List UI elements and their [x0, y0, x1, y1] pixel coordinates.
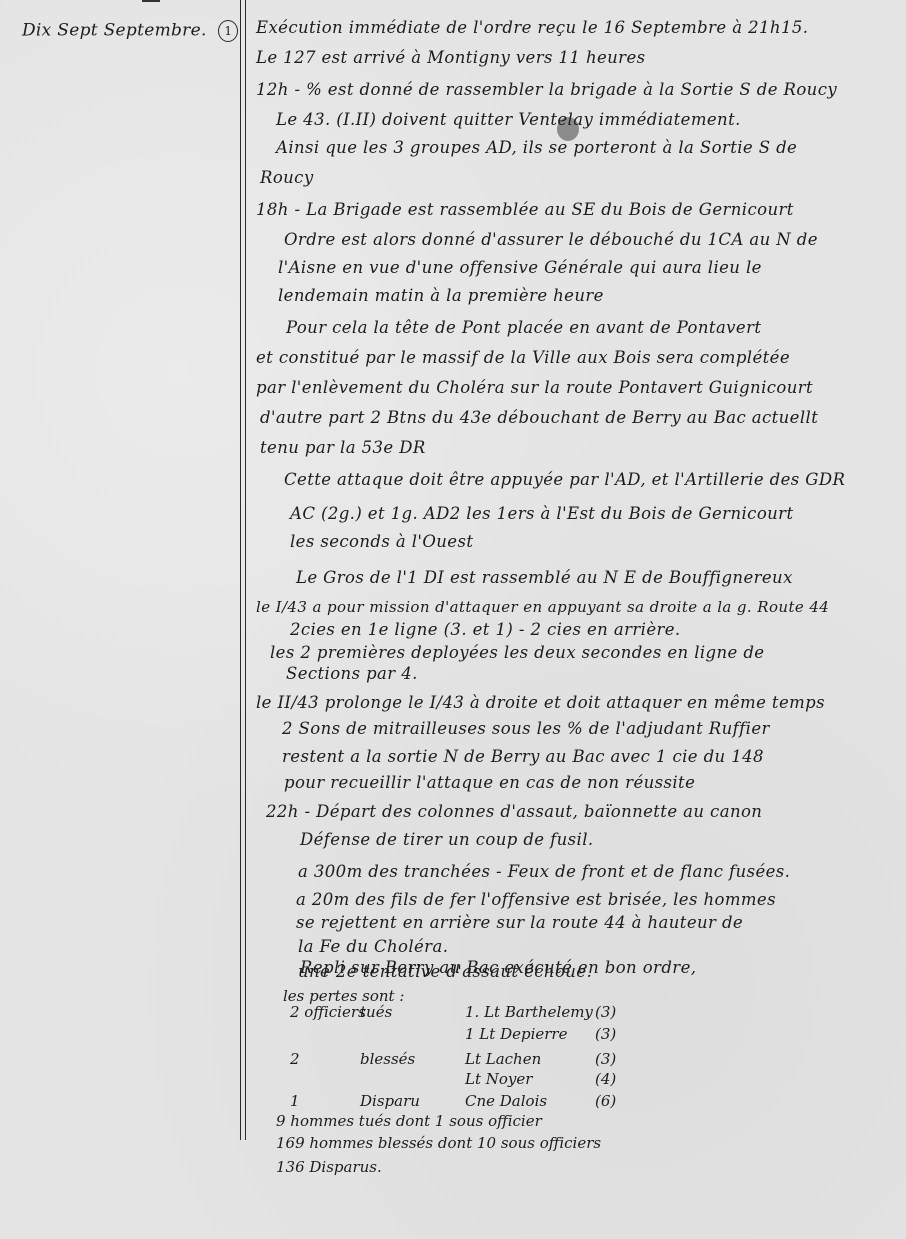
losses-status: Disparu [360, 1092, 420, 1110]
men-loss-line: 9 hommes tués dont 1 sous officier [276, 1112, 542, 1130]
diary-line: a 20m des fils de fer l'offensive est br… [296, 890, 776, 909]
losses-names: Lt Lachen [465, 1050, 541, 1068]
diary-line: 22h - Départ des colonnes d'assaut, baïo… [266, 802, 762, 821]
losses-names: 1. Lt Barthelemy [465, 1003, 593, 1021]
diary-line: Roucy [260, 168, 314, 187]
diary-line: 12h - % est donné de rassembler la briga… [256, 80, 837, 99]
diary-line: par l'enlèvement du Choléra sur la route… [256, 378, 813, 397]
diary-line: AC (2g.) et 1g. AD2 les 1ers à l'Est du … [290, 504, 794, 523]
diary-line: 18h - La Brigade est rassemblée au SE du… [256, 200, 794, 219]
diary-line: Exécution immédiate de l'ordre reçu le 1… [256, 18, 808, 37]
losses-names: 1 Lt Depierre [465, 1025, 567, 1043]
diary-line: Le 43. (I.II) doivent quitter Ventelay i… [276, 110, 741, 129]
losses-names: Cne Dalois [465, 1092, 547, 1110]
diary-line: Pour cela la tête de Pont placée en avan… [286, 318, 761, 337]
diary-line: Ainsi que les 3 groupes AD, ils se porte… [276, 138, 797, 157]
margin-rule-right [245, 0, 246, 1140]
diary-line: Cette attaque doit être appuyée par l'AD… [284, 470, 845, 489]
losses-ref: (3) [595, 1050, 616, 1068]
diary-line: tenu par la 53e DR [260, 438, 426, 457]
date-text: Dix Sept Septembre. [22, 21, 207, 41]
diary-line: Ordre est alors donné d'assurer le débou… [284, 230, 818, 249]
losses-ref: (4) [595, 1070, 616, 1088]
men-loss-line: 169 hommes blessés dont 10 sous officier… [276, 1134, 601, 1152]
diary-line: le I/43 a pour mission d'attaquer en app… [256, 598, 829, 616]
diary-line: se rejettent en arrière sur la route 44 … [296, 913, 743, 932]
diary-line: Défense de tirer un coup de fusil. [300, 830, 594, 849]
diary-line: 2 Sons de mitrailleuses sous les % de l'… [282, 719, 770, 738]
diary-line: lendemain matin à la première heure [278, 286, 604, 305]
losses-count: 1 [290, 1092, 300, 1110]
diary-line: et constitué par le massif de la Ville a… [256, 348, 790, 367]
diary-line: pour recueillir l'attaque en cas de non … [284, 773, 695, 792]
margin-rule-left [240, 0, 241, 1140]
losses-status: blessés [360, 1050, 415, 1068]
diary-line: Repli sur Berry au Bac exécuté en bon or… [300, 958, 696, 977]
document-page: Dix Sept Septembre. 1 Exécution immédiat… [0, 0, 906, 1239]
page-number-circle: 1 [218, 20, 238, 42]
diary-line: restent a la sortie N de Berry au Bac av… [282, 747, 764, 766]
diary-line: les 2 premières deployées les deux secon… [270, 643, 764, 662]
losses-names: Lt Noyer [465, 1070, 532, 1088]
men-loss-line: 136 Disparus. [276, 1158, 382, 1176]
diary-line: le II/43 prolonge le I/43 à droite et do… [256, 693, 825, 712]
losses-count: 2 officiers [290, 1003, 366, 1021]
diary-line: a 300m des tranchées - Feux de front et … [298, 862, 790, 881]
losses-ref: (3) [595, 1003, 616, 1021]
diary-line: 2cies en 1e ligne (3. et 1) - 2 cies en … [290, 620, 681, 639]
diary-line: Le 127 est arrivé à Montigny vers 11 heu… [256, 48, 646, 67]
diary-line: les seconds à l'Ouest [290, 532, 473, 551]
losses-count: 2 [290, 1050, 300, 1068]
diary-line: Sections par 4. [286, 664, 418, 683]
diary-line: Le Gros de l'1 DI est rassemblé au N E d… [296, 568, 793, 587]
losses-status: tués [360, 1003, 392, 1021]
diary-line: l'Aisne en vue d'une offensive Générale … [278, 258, 762, 277]
losses-ref: (3) [595, 1025, 616, 1043]
losses-ref: (6) [595, 1092, 616, 1110]
top-mark [142, 0, 160, 2]
diary-line: d'autre part 2 Btns du 43e débouchant de… [260, 408, 818, 427]
margin-date: Dix Sept Septembre. 1 [22, 20, 238, 42]
diary-line: la Fe du Choléra. [298, 937, 448, 956]
